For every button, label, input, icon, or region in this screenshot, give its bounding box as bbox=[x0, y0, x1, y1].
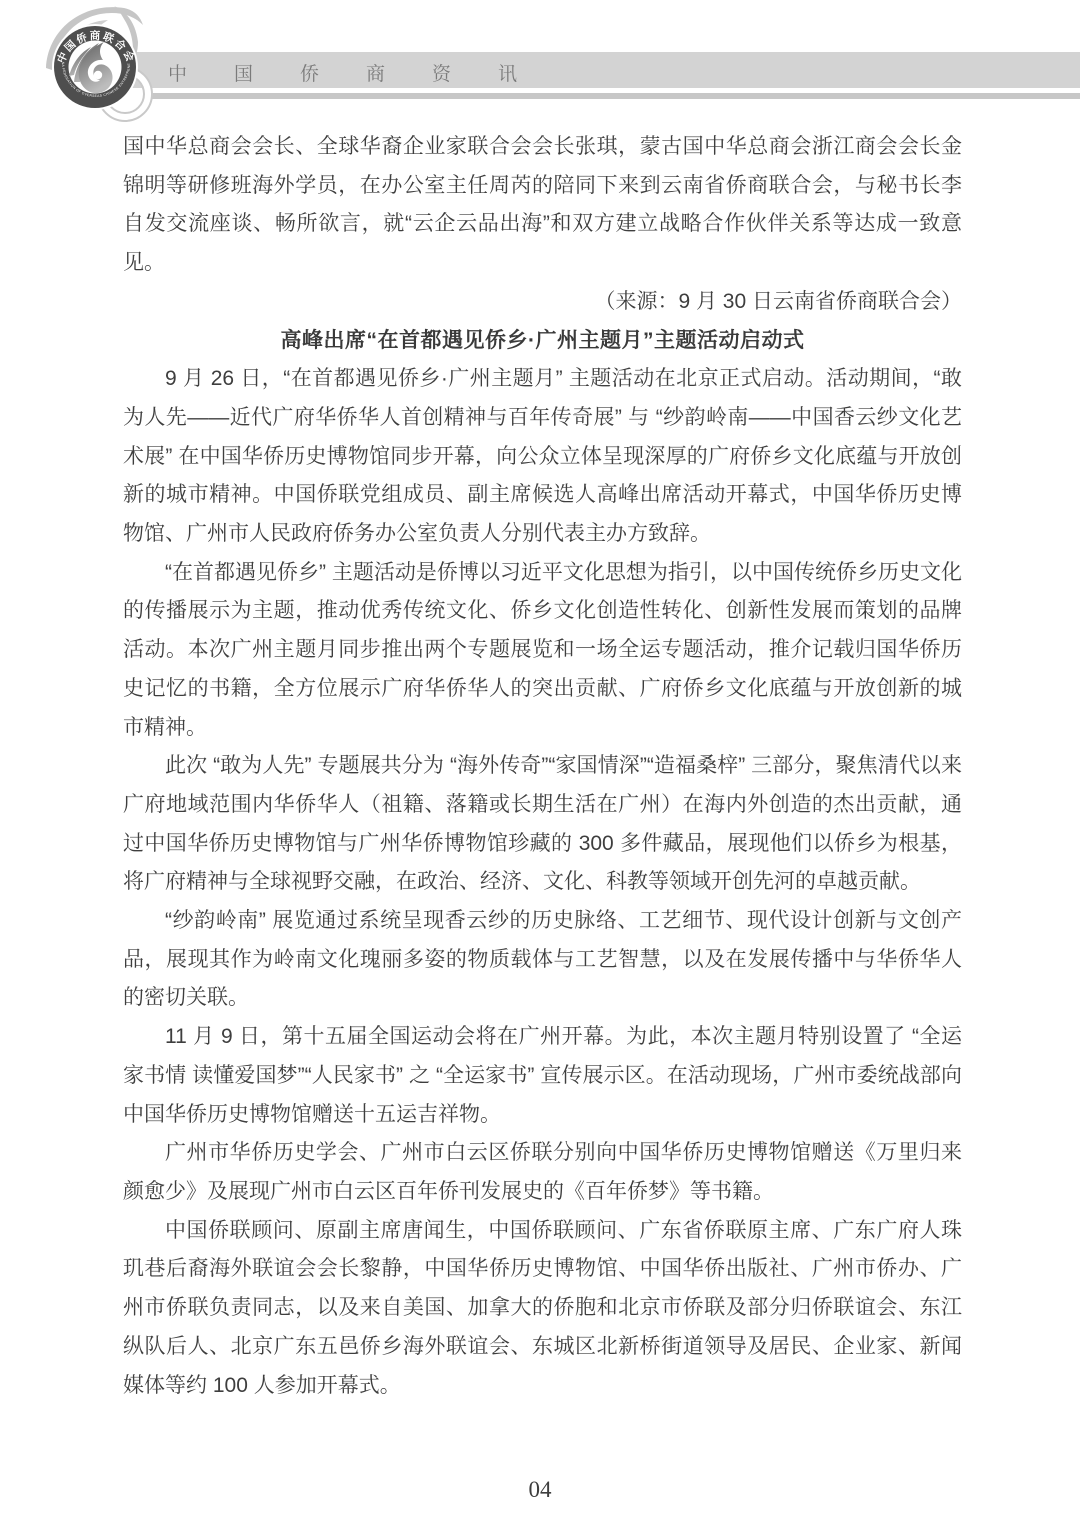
paragraph: 11 月 9 日，第十五届全国运动会将在广州开幕。为此，本次主题月特别设置了 “… bbox=[123, 1018, 962, 1134]
header-band-accent bbox=[150, 93, 1080, 99]
paragraph: 此次 “敢为人先” 专题展共分为 “海外传奇”“家国情深”“造福桑梓” 三部分，… bbox=[123, 747, 962, 902]
federation-logo: 中国侨商联合会 CHINA FEDERATION OF OVERSEAS CHI… bbox=[34, 0, 184, 140]
page-number: 04 bbox=[0, 1477, 1080, 1503]
paragraph: “在首都遇见侨乡” 主题活动是侨博以习近平文化思想为指引，以中国传统侨乡历史文化… bbox=[123, 554, 962, 748]
paragraph: 广州市华侨历史学会、广州市白云区侨联分别向中国华侨历史博物馆赠送《万里归来颜愈少… bbox=[123, 1134, 962, 1211]
paragraph: “纱韵岭南” 展览通过系统呈现香云纱的历史脉络、工艺细节、现代设计创新与文创产品… bbox=[123, 902, 962, 1018]
paragraph: 中国侨联顾问、原副主席唐闻生，中国侨联顾问、广东省侨联原主席、广东广府人珠玑巷后… bbox=[123, 1212, 962, 1406]
document-page: 中国侨商资讯 bbox=[0, 0, 1080, 1525]
previous-article-continuation: 国中华总商会会长、全球华裔企业家联合会会长张琪，蒙古国中华总商会浙江商会会长金锦… bbox=[123, 128, 962, 283]
source-attribution: （来源：9 月 30 日云南省侨商联合会） bbox=[123, 283, 962, 322]
article-body: 国中华总商会会长、全球华裔企业家联合会会长张琪，蒙古国中华总商会浙江商会会长金锦… bbox=[123, 128, 962, 1405]
paragraph: 9 月 26 日，“在首都遇见侨乡·广州主题月” 主题活动在北京正式启动。活动期… bbox=[123, 360, 962, 554]
federation-seal-icon: 中国侨商联合会 CHINA FEDERATION OF OVERSEAS CHI… bbox=[34, 0, 184, 140]
article-title: 高峰出席“在首都遇见侨乡·广州主题月”主题活动启动式 bbox=[123, 322, 962, 361]
header-title: 中国侨商资讯 bbox=[168, 59, 564, 86]
